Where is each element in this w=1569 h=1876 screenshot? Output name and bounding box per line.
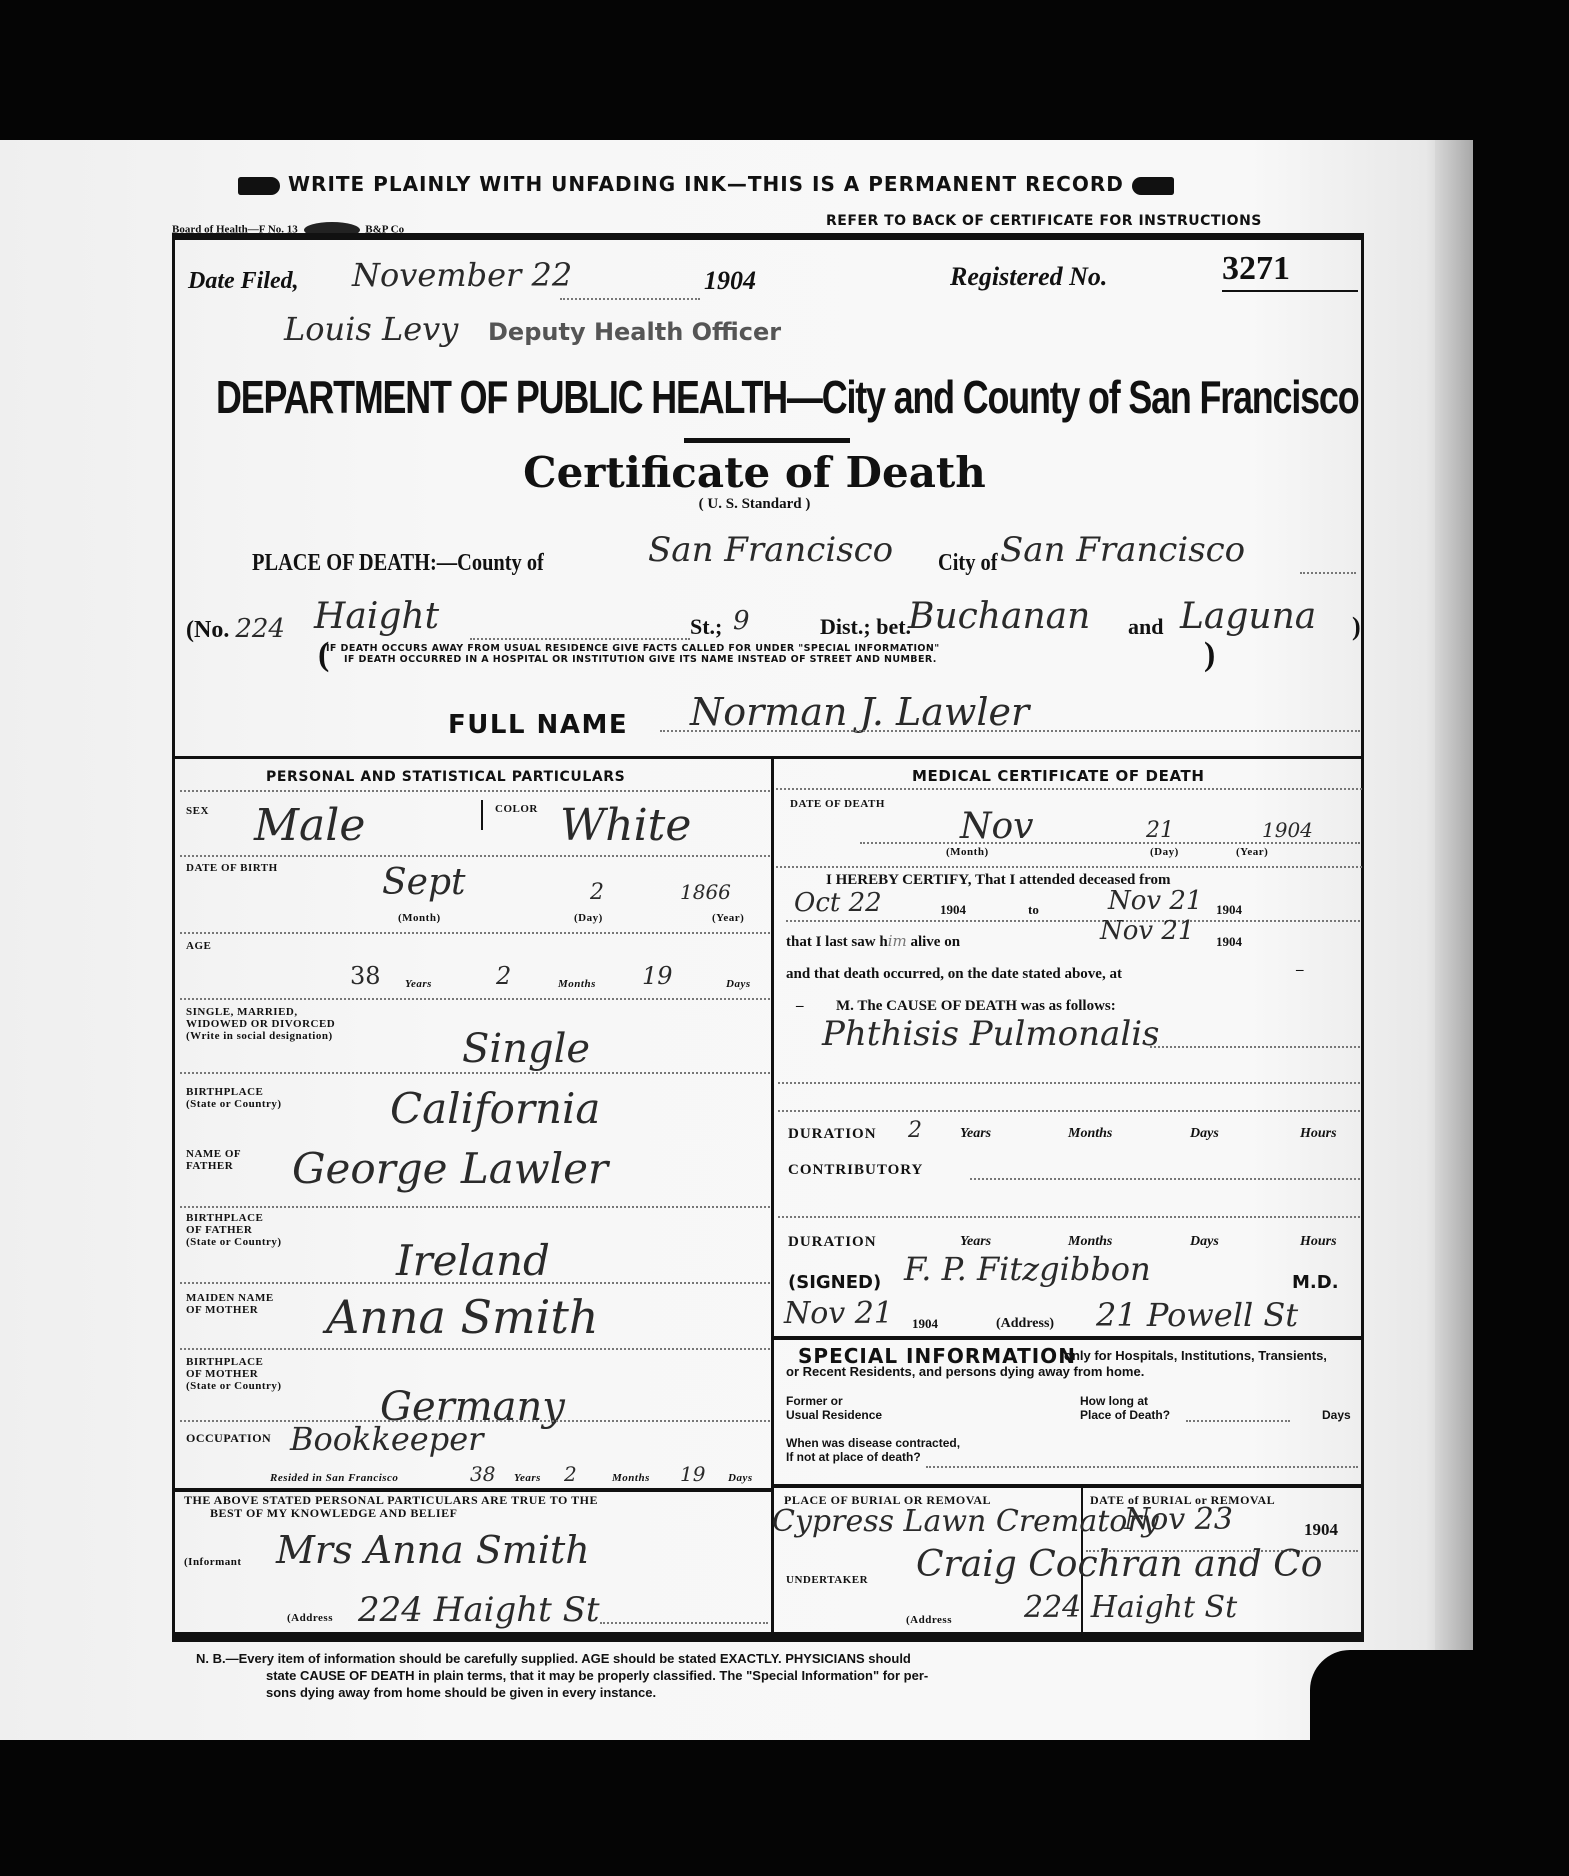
age-years-label: Years [405, 978, 432, 990]
informant-divider [175, 1488, 771, 1492]
duration2-years-label: Years [960, 1234, 991, 1250]
pronoun-value: im [888, 932, 907, 950]
physician-address: 21 Powell St [1096, 1296, 1298, 1334]
marital-label-1: SINGLE, MARRIED, [186, 1006, 335, 1018]
marital-label-3: (Write in social designation) [186, 1030, 335, 1042]
place-of-death-label: PLACE OF DEATH:—County of [252, 550, 544, 577]
note-paren-right: ) [1204, 636, 1215, 674]
personal-heading-line [180, 790, 770, 792]
department-title: DEPARTMENT OF PUBLIC HEALTH—City and Cou… [216, 370, 1358, 424]
street-line [470, 638, 690, 640]
md-label: M.D. [1292, 1272, 1339, 1293]
attended-from-year: 1904 [940, 902, 966, 918]
footnote-line-1: N. B.—Every item of information should b… [196, 1650, 1276, 1667]
dob-line [180, 932, 770, 934]
father-bp-label-2: OF FATHER [186, 1224, 282, 1236]
cause-intro: M. The CAUSE OF DEATH was as follows: [836, 998, 1116, 1015]
age-days-label: Days [726, 978, 751, 990]
burial-place: Cypress Lawn Crematory [772, 1504, 1159, 1539]
burial-year: 1904 [1304, 1520, 1338, 1540]
age-days: 19 [642, 962, 673, 990]
duration-years-label: Years [960, 1126, 991, 1142]
top-banner: WRITE PLAINLY WITH UNFADING INK—THIS IS … [230, 172, 1182, 196]
sex-line [180, 855, 770, 857]
certificate-standard: ( U. S. Standard ) [0, 496, 1569, 513]
sex-color-divider [481, 800, 483, 830]
registered-label: Registered No. [950, 262, 1107, 292]
special-subheading-2: or Recent Residents, and persons dying a… [786, 1364, 1144, 1379]
attended-to-year: 1904 [1216, 902, 1242, 918]
dod-label: DATE OF DEATH [790, 798, 885, 810]
mother-birthplace-label: BIRTHPLACE OF MOTHER (State or Country) [186, 1356, 282, 1392]
duration-years: 2 [908, 1118, 922, 1143]
cause-line-2 [778, 1082, 1360, 1084]
sex-label: SEX [186, 805, 209, 817]
informant-value: Mrs Anna Smith [276, 1528, 590, 1572]
resided-days-label: Days [728, 1472, 753, 1484]
date-filed-value: November 22 [352, 256, 572, 294]
instruction-line-2: IF DEATH OCCURRED IN A HOSPITAL OR INSTI… [326, 654, 940, 665]
occupation-value: Bookkeeper [290, 1420, 483, 1458]
cause-line-3 [778, 1110, 1360, 1112]
special-divider [774, 1336, 1364, 1340]
resided-days: 19 [680, 1462, 705, 1486]
personal-heading: PERSONAL AND STATISTICAL PARTICULARS [266, 769, 625, 785]
officer-signature: Louis Levy [284, 310, 458, 348]
age-label: AGE [186, 940, 211, 952]
sex-value: Male [254, 800, 365, 851]
dob-label: DATE OF BIRTH [186, 862, 278, 874]
dod-line [860, 842, 1360, 844]
burial-date: Nov 23 [1124, 1502, 1233, 1537]
cause-of-death: Phthisis Pulmonalis [822, 1014, 1160, 1054]
address-no-label: (No. 224 [186, 614, 285, 644]
dob-year: 1866 [680, 880, 731, 904]
age-line [180, 998, 770, 1000]
signed-date: Nov 21 [784, 1296, 893, 1331]
dod-day-caption: (Day) [1150, 846, 1179, 858]
former-label-2: Usual Residence [786, 1408, 882, 1422]
medical-heading-line [776, 788, 1362, 790]
dod-month: Nov [960, 806, 1034, 847]
dod-day: 21 [1146, 818, 1174, 843]
footnote: N. B.—Every item of information should b… [196, 1650, 1276, 1701]
contracted-label: When was disease contracted, If not at p… [786, 1436, 960, 1464]
resided-years: 38 [470, 1462, 495, 1486]
age-months-label: Months [558, 978, 596, 990]
how-long-days-label: Days [1322, 1408, 1351, 1422]
dod-year-caption: (Year) [1236, 846, 1268, 858]
mother-label-1: MAIDEN NAME [186, 1292, 274, 1304]
father-bp-line [180, 1282, 770, 1284]
dob-day-caption: (Day) [574, 912, 603, 924]
certificate-title: Certificate of Death [0, 448, 1569, 497]
contracted-label-1: When was disease contracted, [786, 1436, 960, 1450]
mother-bp-label-1: BIRTHPLACE [186, 1356, 282, 1368]
father-bp-label-3: (State or Country) [186, 1236, 282, 1248]
how-long-label-1: How long at [1080, 1394, 1170, 1408]
former-residence-label: Former or Usual Residence [786, 1394, 882, 1422]
duration-label: DURATION [788, 1126, 877, 1143]
dob-month: Sept [382, 862, 465, 903]
birthplace-label-2: (State or Country) [186, 1098, 282, 1110]
title-divider [684, 438, 850, 443]
how-long-label: How long at Place of Death? [1080, 1394, 1170, 1422]
dod-bottom-line [776, 866, 1362, 868]
father-label-1: NAME OF [186, 1148, 241, 1160]
father-label: NAME OF FATHER [186, 1148, 241, 1172]
full-name-line [660, 730, 1360, 732]
former-label-1: Former or [786, 1394, 882, 1408]
undertaker-label: UNDERTAKER [786, 1574, 868, 1586]
full-name-value: Norman J. Lawler [690, 690, 1029, 734]
physician-signature: F. P. Fitzgibbon [904, 1250, 1151, 1288]
m-prefix: – [796, 998, 804, 1015]
age-months: 2 [496, 962, 511, 990]
color-value: White [560, 800, 691, 851]
dob-day: 2 [590, 880, 604, 905]
duration-days-label: Days [1190, 1126, 1219, 1142]
statement-line-2: BEST OF MY KNOWLEDGE AND BELIEF [184, 1507, 598, 1520]
refer-instructions: REFER TO BACK OF CERTIFICATE FOR INSTRUC… [826, 213, 1262, 229]
time-value: – [1296, 962, 1304, 979]
city-label: City of [938, 550, 997, 577]
street-number: 224 [235, 614, 285, 644]
section-divider [175, 756, 1361, 759]
informant-address: 224 Haight St [358, 1590, 600, 1630]
mother-line [180, 1348, 770, 1350]
signed-label: (SIGNED) [788, 1272, 881, 1293]
contracted-label-2: If not at place of death? [786, 1450, 960, 1464]
dod-month-caption: (Month) [946, 846, 989, 858]
footnote-line-3: sons dying away from home should be give… [196, 1684, 1276, 1701]
resided-years-label: Years [514, 1472, 541, 1484]
birthplace-label: BIRTHPLACE (State or Country) [186, 1086, 282, 1110]
alive-on-text: alive on [910, 934, 960, 950]
informant-address-line [600, 1622, 768, 1624]
full-name-label: FULL NAME [448, 710, 628, 740]
last-saw-text: that I last saw h [786, 934, 888, 950]
street-name: Haight [314, 596, 439, 637]
informant-label: (Informant [184, 1556, 242, 1568]
form-bottom-rule [172, 1632, 1364, 1642]
contracted-line [926, 1466, 1358, 1468]
duration-months-label: Months [1068, 1126, 1112, 1142]
last-saw-label: that I last saw him alive on [786, 932, 960, 951]
special-subheading-1: only for Hospitals, Institutions, Transi… [1064, 1348, 1327, 1363]
mother-label: MAIDEN NAME OF MOTHER [186, 1292, 274, 1316]
mother-bp-label-2: OF MOTHER [186, 1368, 282, 1380]
contributory-line-2 [778, 1216, 1360, 1218]
attended-from: Oct 22 [794, 888, 882, 918]
registered-number: 3271 [1222, 250, 1290, 288]
scan-shadow [1310, 1650, 1569, 1876]
ward-number: 9 [733, 606, 750, 636]
paper-edge [1435, 140, 1473, 1740]
city-value: San Francisco [1000, 530, 1245, 570]
informant-address-label: (Address [287, 1612, 333, 1624]
mother-bp-label-3: (State or Country) [186, 1380, 282, 1392]
resided-months-label: Months [612, 1472, 650, 1484]
officer-title: Deputy Health Officer [488, 318, 781, 346]
duration-hours-label: Hours [1300, 1126, 1337, 1142]
father-birthplace-label: BIRTHPLACE OF FATHER (State or Country) [186, 1212, 282, 1248]
footnote-line-2: state CAUSE OF DEATH in plain terms, tha… [196, 1667, 1276, 1684]
father-value: George Lawler [292, 1144, 608, 1193]
st-label: St.; [690, 614, 722, 640]
date-filed-line [560, 298, 700, 300]
undertaker-value: Craig Cochran and Co [916, 1544, 1322, 1585]
and-label: and [1128, 614, 1163, 640]
cross-street-2: Laguna [1180, 596, 1316, 637]
physician-address-label: (Address) [996, 1316, 1054, 1332]
informant-statement: THE ABOVE STATED PERSONAL PARTICULARS AR… [184, 1494, 598, 1520]
medical-heading: MEDICAL CERTIFICATE OF DEATH [912, 767, 1204, 785]
father-birthplace-value: Ireland [396, 1236, 550, 1285]
city-line [1300, 572, 1356, 574]
occurred-text: and that death occurred, on the date sta… [786, 966, 1122, 983]
father-line [180, 1206, 770, 1208]
last-saw-date: Nov 21 [1100, 916, 1194, 946]
registered-underline [1222, 290, 1358, 292]
birthplace-value: California [390, 1084, 600, 1133]
last-saw-year: 1904 [1216, 934, 1242, 950]
dob-year-caption: (Year) [712, 912, 744, 924]
pointing-hand-icon [1132, 177, 1174, 195]
contributory-label: CONTRIBUTORY [788, 1162, 923, 1179]
date-filed-year: 1904 [704, 266, 756, 296]
father-bp-label-1: BIRTHPLACE [186, 1212, 282, 1224]
marital-label: SINGLE, MARRIED, WIDOWED OR DIVORCED (Wr… [186, 1006, 335, 1042]
address-instructions: IF DEATH OCCURS AWAY FROM USUAL RESIDENC… [326, 643, 940, 665]
mother-value: Anna Smith [326, 1290, 598, 1344]
dist-label: Dist.; bet. [820, 614, 911, 640]
dob-month-caption: (Month) [398, 912, 441, 924]
father-label-2: FATHER [186, 1160, 241, 1172]
burial-divider [774, 1484, 1364, 1488]
banner-text: WRITE PLAINLY WITH UNFADING INK—THIS IS … [288, 172, 1124, 196]
dod-year: 1904 [1262, 818, 1313, 842]
mother-label-2: OF MOTHER [186, 1304, 274, 1316]
resided-label: Resided in San Francisco [270, 1472, 398, 1484]
duration2-hours-label: Hours [1300, 1234, 1337, 1250]
age-years: 38 [350, 962, 381, 990]
occupation-label: OCCUPATION [186, 1432, 271, 1444]
duration2-label: DURATION [788, 1234, 877, 1251]
how-long-label-2: Place of Death? [1080, 1408, 1170, 1422]
to-label: to [1028, 902, 1039, 918]
color-label: COLOR [495, 803, 538, 815]
attended-to: Nov 21 [1108, 886, 1202, 916]
duration2-days-label: Days [1190, 1234, 1219, 1250]
resided-months: 2 [564, 1462, 577, 1486]
date-filed-label: Date Filed, [188, 268, 299, 295]
how-long-line [1186, 1420, 1290, 1422]
instruction-line-1: IF DEATH OCCURS AWAY FROM USUAL RESIDENC… [326, 643, 940, 654]
birthplace-label-1: BIRTHPLACE [186, 1086, 282, 1098]
attended-line [786, 920, 1360, 922]
no-label: (No. [186, 617, 229, 643]
county-value: San Francisco [648, 530, 893, 570]
marital-value: Single [462, 1026, 590, 1072]
undertaker-address: 224 Haight St [1024, 1590, 1237, 1625]
pointing-hand-icon [238, 177, 280, 195]
contributory-line [970, 1178, 1360, 1180]
cause-line [1150, 1046, 1360, 1048]
marital-label-2: WIDOWED OR DIVORCED [186, 1018, 335, 1030]
signed-year: 1904 [912, 1316, 938, 1332]
undertaker-address-label: (Address [906, 1614, 952, 1626]
marital-line [180, 1072, 770, 1074]
cross-street-1: Buchanan [908, 596, 1090, 637]
address-close-paren: ) [1352, 612, 1361, 642]
duration2-months-label: Months [1068, 1234, 1112, 1250]
